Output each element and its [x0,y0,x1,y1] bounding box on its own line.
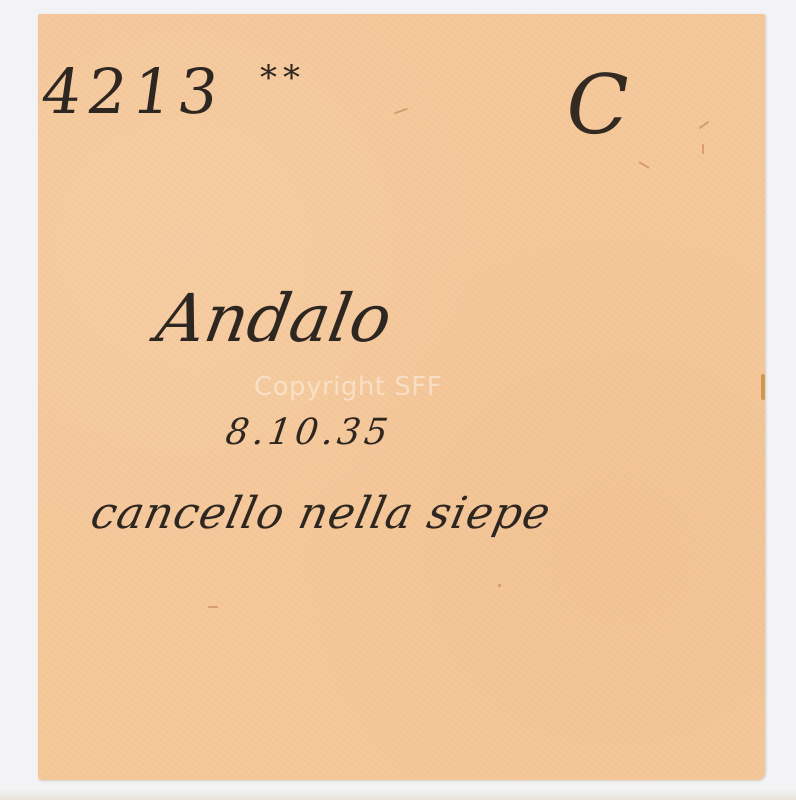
copyright-watermark: Copyright SFF [254,372,442,402]
catalog-number: 4213 [37,55,229,128]
paper-fiber [394,108,408,115]
paper-fiber [702,144,704,154]
locality-name: Andalo [151,280,397,357]
paper-fiber [208,606,218,608]
paper-fiber [638,161,649,169]
paper-fiber [498,584,501,587]
backdrop-edge [0,790,796,800]
paper-fiber [699,121,710,130]
catalog-star-marks: ** [260,58,306,98]
collection-date: 8.10.35 [223,412,394,453]
location-description: cancello nella siepe [87,488,556,539]
card-edge-stain [761,374,765,400]
